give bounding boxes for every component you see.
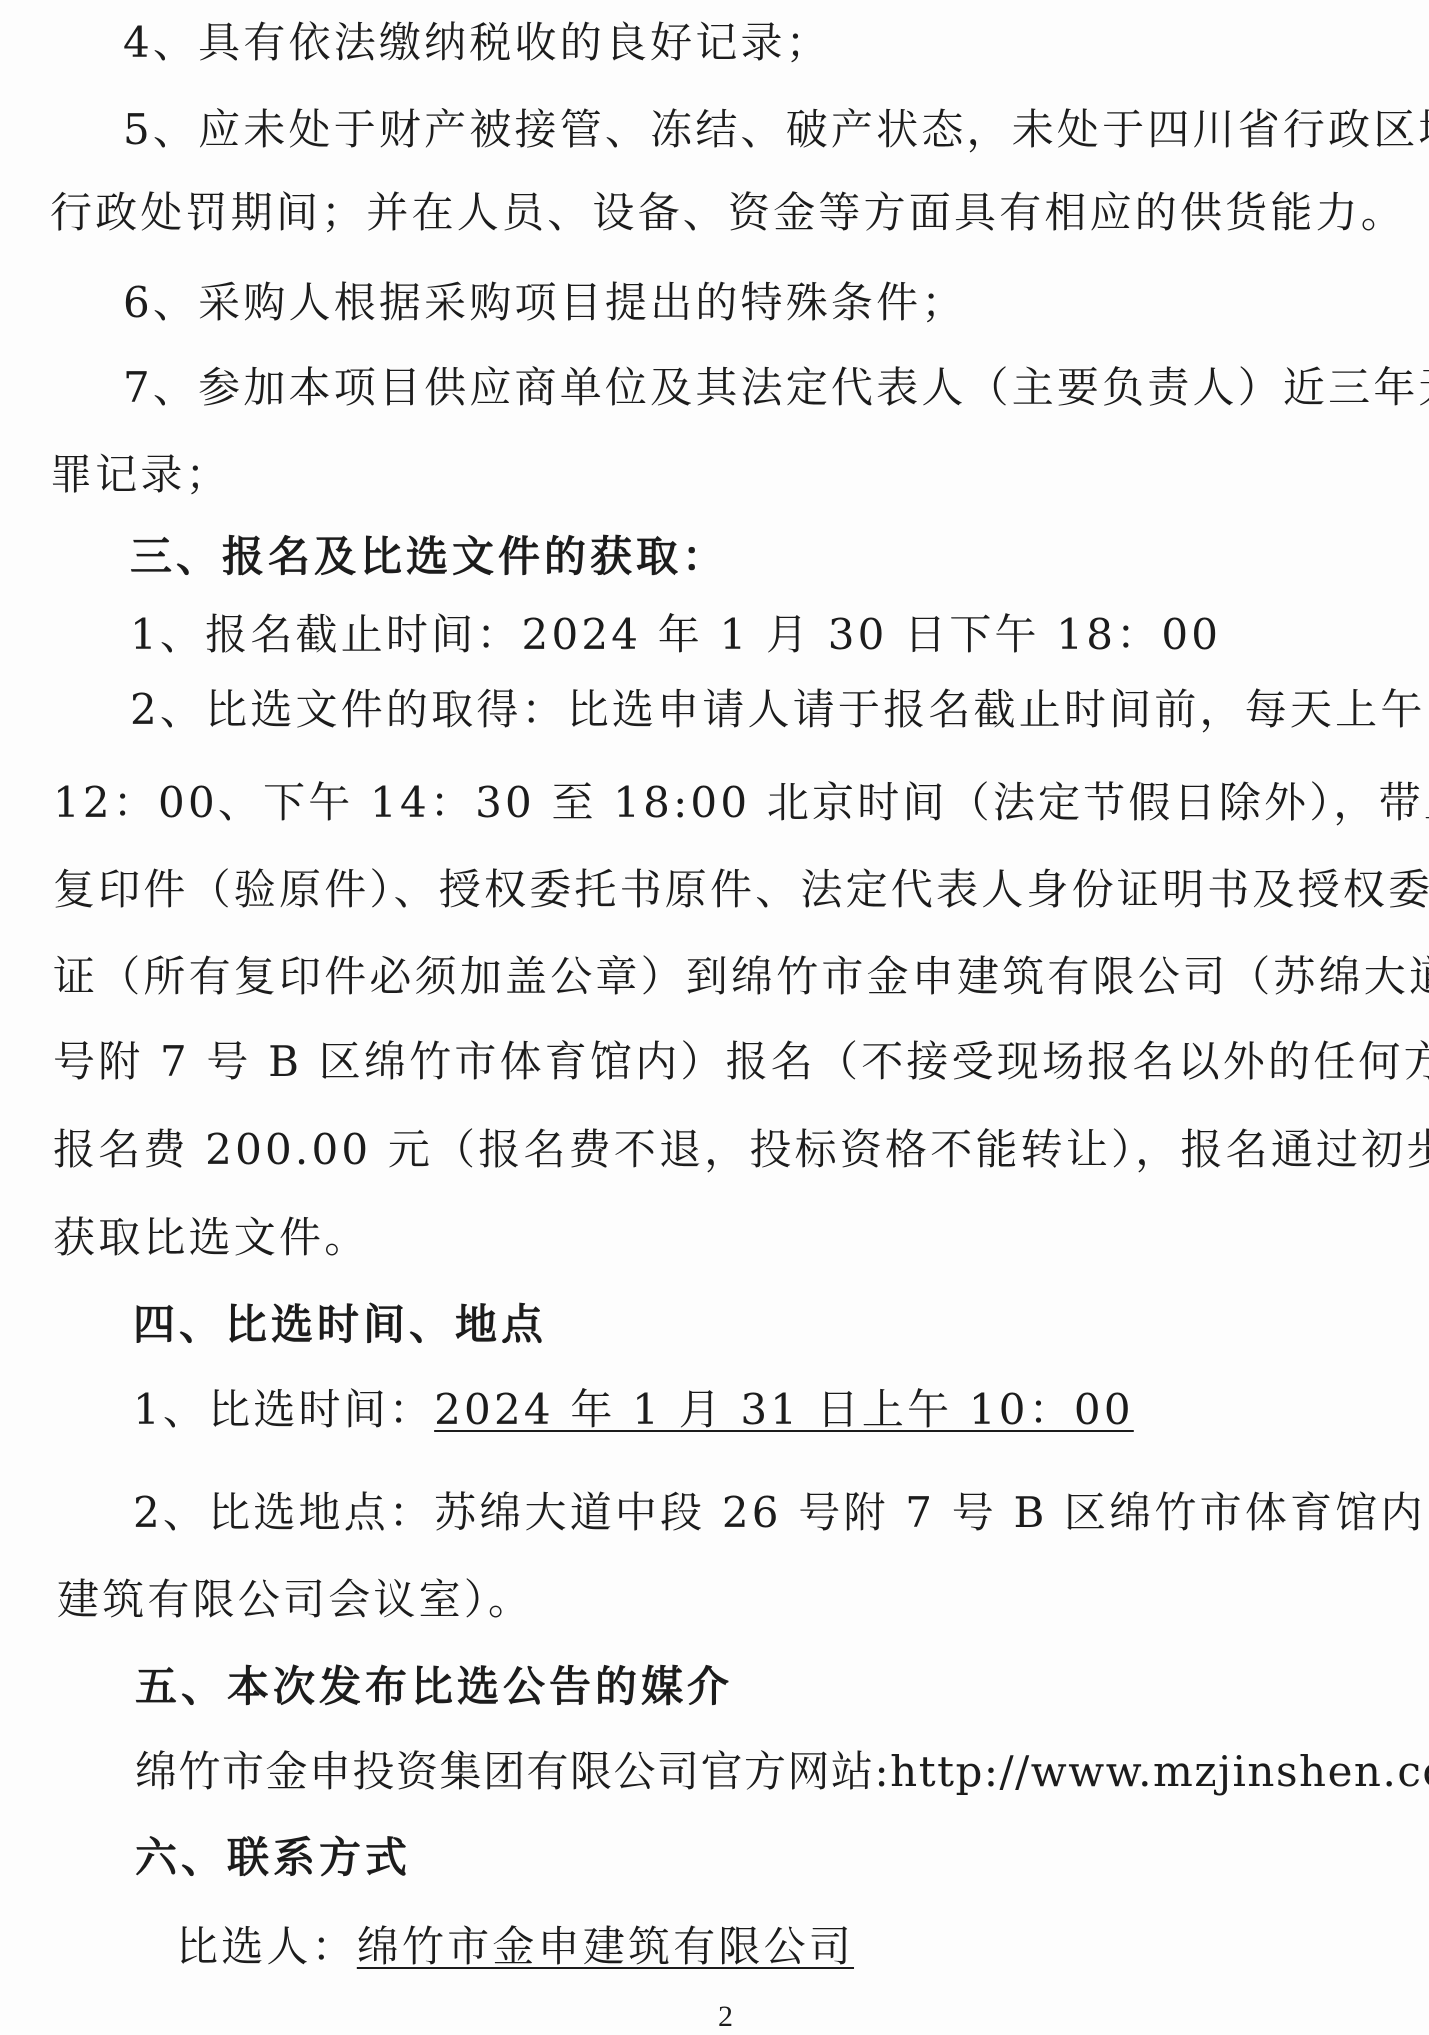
paragraph-item-5-line-1: 5、应未处于财产被接管、冻结、破产状态，未处于四川省行政区域内有关: [123, 105, 1387, 155]
section-4-item-2-line-1: 2、比选地点：苏绵大道中段 26 号附 7 号 B 区绵竹市体育馆内（绵竹市金申: [133, 1488, 1387, 1538]
bid-time-value: 2024 年 1 月 31 日上午 10：00: [434, 1385, 1134, 1434]
section-3-heading: 三、报名及比选文件的获取：: [130, 532, 728, 582]
section-3-item-2-line-1: 2、比选文件的取得：比选申请人请于报名截止时间前，每天上午 8:30 至: [130, 685, 1387, 735]
section-3-item-2-line-3: 复印件（验原件）、授权委托书原件、法定代表人身份证明书及授权委托人身份: [53, 865, 1387, 915]
contact-label: 比选人：: [176, 1922, 357, 1971]
paragraph-item-7-line-1: 7、参加本项目供应商单位及其法定代表人（主要负责人）近三年无行贿犯: [123, 363, 1387, 413]
section-3-item-1: 1、报名截止时间：2024 年 1 月 30 日下午 18：00: [130, 610, 1221, 660]
section-3-item-2-line-2: 12：00、下午 14：30 至 18:00 北京时间（法定节假日除外），带上企…: [53, 778, 1387, 828]
section-3-item-2-line-7: 获取比选文件。: [53, 1213, 369, 1263]
paragraph-item-4: 4、具有依法缴纳税收的良好记录；: [123, 18, 831, 68]
section-5-heading: 五、本次发布比选公告的媒介: [135, 1662, 733, 1712]
paragraph-item-5-line-2: 行政处罚期间；并在人员、设备、资金等方面具有相应的供货能力。: [50, 188, 1406, 238]
section-4-heading: 四、比选时间、地点: [133, 1300, 547, 1350]
media-website-line: 绵竹市金申投资集团有限公司官方网站:http://www.mzjinshen.c…: [135, 1747, 1429, 1797]
section-3-item-2-line-6: 报名费 200.00 元（报名费不退，投标资格不能转让），报名通过初步审查后，: [53, 1125, 1387, 1175]
contact-company: 绵竹市金申建筑有限公司: [357, 1922, 854, 1971]
section-4-item-1: 1、比选时间：2024 年 1 月 31 日上午 10：00: [133, 1385, 1134, 1435]
section-6-heading: 六、联系方式: [135, 1833, 411, 1883]
paragraph-item-7-line-2: 罪记录；: [50, 450, 231, 500]
section-4-item-2-line-2: 建筑有限公司会议室）。: [57, 1575, 533, 1625]
section-3-item-2-line-4: 证（所有复印件必须加盖公章）到绵竹市金申建筑有限公司（苏绵大道中段 26: [53, 952, 1387, 1002]
page-number: 2: [718, 1997, 733, 2035]
paragraph-item-6: 6、采购人根据采购项目提出的特殊条件；: [123, 278, 967, 328]
contact-line: 比选人：绵竹市金申建筑有限公司: [176, 1922, 854, 1972]
document-page: 4、具有依法缴纳税收的良好记录； 5、应未处于财产被接管、冻结、破产状态，未处于…: [0, 0, 1429, 2035]
section-3-item-2-line-5: 号附 7 号 B 区绵竹市体育馆内）报名（不接受现场报名以外的任何方式报名），: [53, 1037, 1387, 1087]
bid-time-label: 1、比选时间：: [133, 1385, 434, 1434]
